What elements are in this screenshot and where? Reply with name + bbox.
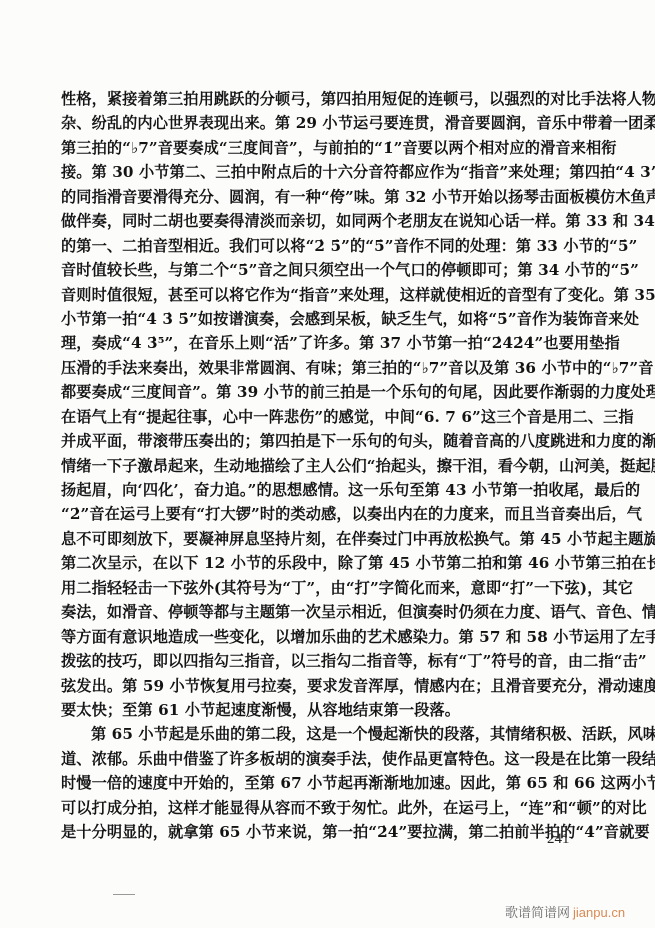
- text-line: 第三拍的“♭7”音要奏成“三度间音”，与前拍的“1̇”音要以两个相对应的滑音来相…: [61, 136, 569, 160]
- text-line: 扬起眉，向‘四化’，奋力追。”的思想感情。这一乐句至第 43 小节第一拍收尾，最…: [61, 478, 569, 502]
- text-line: 等方面有意识地造成一些变化，以增加乐曲的艺术感染力。第 57 和 58 小节运用…: [61, 625, 569, 649]
- page-number: 241: [547, 831, 570, 848]
- text-line: 第二次呈示，在以下 12 小节的乐段中，除了第 45 小节第二拍和第 46 小节…: [61, 551, 569, 575]
- text-line: 弦发出。第 59 小节恢复用弓拉奏，要求发音浑厚，情感内在；且滑音要充分，滑动速…: [61, 674, 569, 698]
- text-line: 音则时值很短，甚至可以将它作为“指音”来处理，这样就使相近的音型有了变化。第 3…: [61, 283, 569, 307]
- text-line: 并成平面，带滚带压奏出的；第四拍是下一乐句的句头，随着音高的八度跳进和力度的渐强…: [61, 429, 569, 453]
- text-line: 息不可即刻放下，要凝神屏息坚持片刻，在伴奏过门中再放松换气。第 45 小节起主题…: [61, 527, 569, 551]
- text-line: 拨弦的技巧，即以四指勾三指音，以三指勾二指音等，标有“丁”符号的音，由二指“击”: [61, 649, 569, 673]
- body-text: 性格，紧接着第三拍用跳跃的分顿弓，第四拍用短促的连顿弓，以强烈的对比手法将人物复…: [61, 87, 569, 845]
- text-line: 用二指轻轻击一下弦外(其符号为“丁”，由“打”字简化而来，意即“打”一下弦)，其…: [61, 576, 569, 600]
- watermark-site-name: 歌谱简谱网: [505, 906, 570, 921]
- watermark: 歌谱简谱网jianpu.cn: [505, 902, 625, 921]
- text-line: 的第一、二拍音型相近。我们可以将“2̇ 5̇”的“5̇”音作不同的处理：第 33…: [61, 234, 569, 258]
- text-line: 情绪一下子激昂起来，生动地描绘了主人公们“抬起头，擦干泪，看今朝，山河美，挺起胸…: [61, 454, 569, 478]
- text-line: 音时值较长些，与第二个“5̇”音之间只须空出一个气口的停顿即可；第 34 小节的…: [61, 258, 569, 282]
- text-line: 性格，紧接着第三拍用跳跃的分顿弓，第四拍用短促的连顿弓，以强烈的对比手法将人物复: [61, 87, 569, 111]
- text-line: “2̇”音在运弓上要有“打大锣”时的类动感，以奏出内在的力度来，而且当音奏出后，…: [61, 502, 569, 526]
- text-line: 压滑的手法来奏出，效果非常圆润、有味；第三拍的“♭7”音以及第 36 小节中的“…: [61, 356, 569, 380]
- text-line: 可以打成分拍，这样才能显得从容而不致于匆忙。此外，在运弓上，“连”和“顿”的对比: [61, 796, 569, 820]
- text-line: 杂、纷乱的内心世界表现出来。第 29 小节运弓要连贯，滑音要圆润，音乐中带着一团…: [61, 111, 569, 135]
- footer-rule: [113, 894, 135, 895]
- watermark-url: jianpu.cn: [573, 905, 625, 920]
- text-line: 道、浓郁。乐曲中借鉴了许多板胡的演奏手法，使作品更富特色。这一段是在比第一段结尾: [61, 747, 569, 771]
- text-line: 理，奏成“4̇ 3̇⁵”，在音乐上则“活”了许多。第 37 小节第一拍“2̇4̇…: [61, 331, 569, 355]
- text-line: 是十分明显的，就拿第 65 小节来说，第一拍“2̇4̇”要拉满，第二拍前半拍的“…: [61, 820, 569, 844]
- paragraph-1: 性格，紧接着第三拍用跳跃的分顿弓，第四拍用短促的连顿弓，以强烈的对比手法将人物复…: [61, 87, 569, 722]
- text-line: 小节第一拍“4̇ 3̇ 5̇”如按谱演奏，会感到呆板，缺乏生气，如将“5̇”音作…: [61, 307, 569, 331]
- paragraph-2: 第 65 小节起是乐曲的第二段，这是一个慢起渐快的段落，其情绪积极、活跃，风味地…: [61, 722, 569, 844]
- text-line: 都要奏成“三度间音”。第 39 小节的前三拍是一个乐句的句尾，因此要作渐弱的力度…: [61, 380, 569, 404]
- text-line: 要太快；至第 61 小节起速度渐慢，从容地结束第一段落。: [61, 698, 569, 722]
- book-page: 性格，紧接着第三拍用跳跃的分顿弓，第四拍用短促的连顿弓，以强烈的对比手法将人物复…: [0, 0, 655, 928]
- text-line: 时慢一倍的速度中开始的，至第 67 小节起再渐渐地加速。因此，第 65 和 66…: [61, 771, 569, 795]
- text-line: 做伴奏，同时二胡也要奏得清淡而亲切，如同两个老朋友在说知心话一样。第 33 和 …: [61, 209, 569, 233]
- text-line: 的同指滑音要滑得充分、圆润，有一种“侉”味。第 32 小节开始以扬琴击面板模仿木…: [61, 185, 569, 209]
- text-line: 接。第 30 小节第二、三拍中附点后的十六分音符都应作为“指音”来处理；第四拍“…: [61, 160, 569, 184]
- text-line: 在语气上有“提起往事，心中一阵悲伤”的感觉，中间“6. 7 6”这三个音是用二、…: [61, 405, 569, 429]
- text-line: 第 65 小节起是乐曲的第二段，这是一个慢起渐快的段落，其情绪积极、活跃，风味地: [61, 722, 569, 746]
- text-line: 奏法，如滑音、停顿等都与主题第一次呈示相近，但演奏时仍须在力度、语气、音色、情绪: [61, 600, 569, 624]
